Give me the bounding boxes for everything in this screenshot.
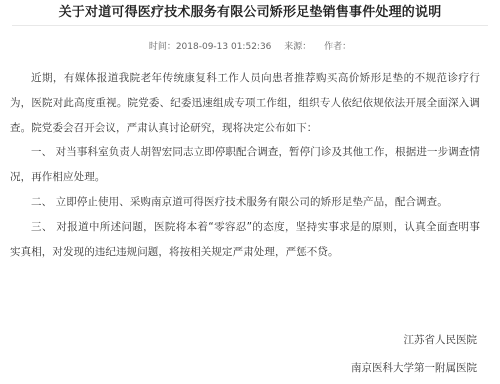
paragraph-item-3: 三、 对报道中所述问题，医院将本着“零容忍”的态度，坚持实事求是的原则，认真全面… [10, 215, 480, 265]
title-divider [12, 25, 488, 26]
paragraph-intro: 近期，有媒体报道我院老年传统康复科工作人员向患者推荐购买高价矫形足垫的不规范诊疗… [10, 66, 480, 141]
signature-njmu-hospital: 南京医科大学第一附属医院 [351, 361, 477, 375]
author-label: 作者： [324, 42, 351, 52]
article-meta: 时间：2018-09-13 01:52:36 来源： 作者： [0, 40, 500, 54]
publish-time: 时间：2018-09-13 01:52:36 [149, 42, 272, 52]
article-title: 关于对道可得医疗技术服务有限公司矫形足垫销售事件处理的说明 [0, 4, 500, 22]
source-label: 来源： [284, 42, 311, 52]
paragraph-item-2: 二、 立即停止使用、采购南京道可得医疗技术服务有限公司的矫形足垫产品，配合调查。 [10, 190, 480, 215]
paragraph-item-1: 一、 对当事科室负责人胡智宏同志立即停职配合调查，暂停门诊及其他工作，根据进一步… [10, 140, 480, 190]
signature-jiangsu-hospital: 江苏省人民医院 [404, 333, 478, 347]
